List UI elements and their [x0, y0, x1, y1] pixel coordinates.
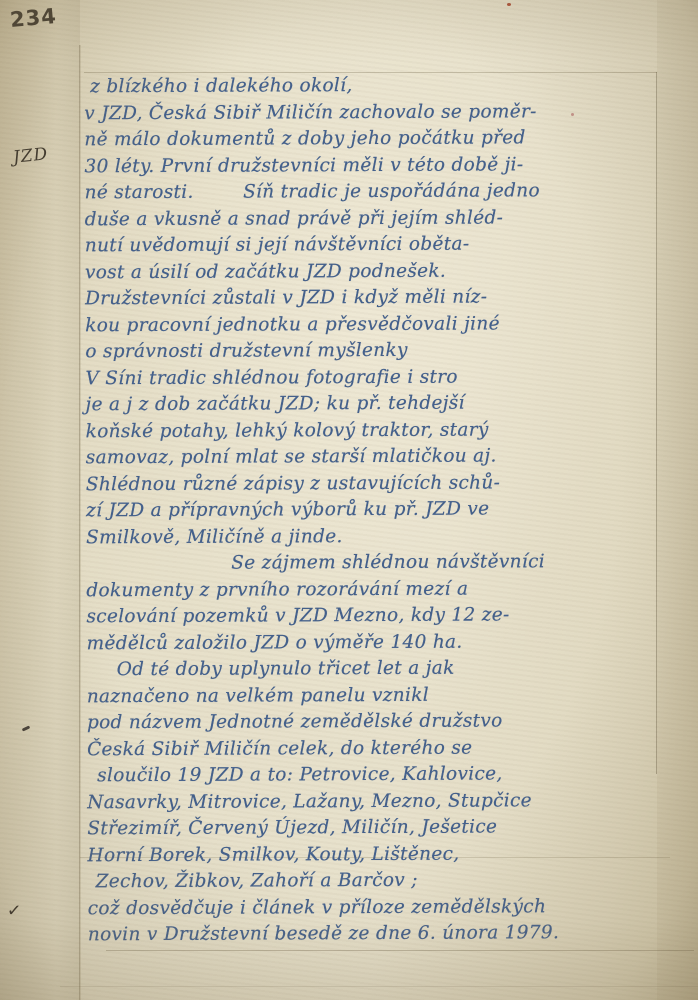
- faint-rule-line: [60, 986, 698, 987]
- manuscript-lines: z blízkého i dalekého okolí,v JZD, Česká…: [84, 72, 664, 949]
- text-line: né starosti. Síň tradic je uspořádána je…: [85, 178, 661, 207]
- text-line: V Síni tradic shlédnou fotografie i stro: [85, 363, 661, 392]
- pasted-sheet-bottom-edge: [106, 950, 694, 951]
- text-line: zí JZD a přípravných výborů ku př. JZD v…: [86, 496, 662, 525]
- text-line: v JZD, Česká Sibiř Miličín zachovalo se …: [84, 98, 660, 127]
- margin-note-jzd: JZD: [12, 144, 49, 168]
- text-line: Horní Borek, Smilkov, Kouty, Lištěnec,: [87, 840, 663, 869]
- text-line: Střezimíř, Červený Újezd, Miličín, Ješet…: [87, 814, 663, 843]
- paper-stain-speck: [507, 3, 511, 6]
- text-line: koňské potahy, lehký kolový traktor, sta…: [86, 416, 662, 445]
- text-line: Družstevníci zůstali v JZD i když měli n…: [85, 284, 661, 313]
- text-line: ně málo dokumentů z doby jeho počátku př…: [84, 125, 660, 154]
- text-line: samovaz, polní mlat se starší mlatičkou …: [86, 443, 662, 472]
- text-line: o správnosti družstevní myšlenky: [85, 337, 661, 366]
- text-line: kou pracovní jednotku a přesvědčovali ji…: [85, 310, 661, 339]
- text-line: pod názvem Jednotné zemědělské družstvo: [87, 708, 663, 737]
- text-line: z blízkého i dalekého okolí,: [84, 72, 660, 101]
- text-line: novin v Družstevní besedě ze dne 6. únor…: [88, 920, 664, 949]
- text-line: Nasavrky, Mitrovice, Lažany, Mezno, Stup…: [87, 787, 663, 816]
- text-line: mědělců založilo JZD o výměře 140 ha.: [87, 628, 663, 657]
- text-line: Od té doby uplynulo třicet let a jak: [87, 655, 663, 684]
- text-line: Zechov, Žibkov, Zahoří a Barčov ;: [88, 867, 664, 896]
- text-line: což dosvědčuje i článek v příloze zemědě…: [88, 893, 664, 922]
- text-line: sloučilo 19 JZD a to: Petrovice, Kahlovi…: [87, 761, 663, 790]
- text-line: dokumenty z prvního rozorávání mezí a: [86, 575, 662, 604]
- text-line: Shlédnou různé zápisy z ustavujících sch…: [86, 469, 662, 498]
- text-line: Smilkově, Miličíně a jinde.: [86, 522, 662, 551]
- text-line: vost a úsilí od začátku JZD podnešek.: [85, 257, 661, 286]
- text-line: naznačeno na velkém panelu vznikl: [87, 681, 663, 710]
- text-line: Se zájmem shlédnou návštěvníci: [86, 549, 662, 578]
- text-line: nutí uvědomují si její návštěvníci oběta…: [85, 231, 661, 260]
- text-line: Česká Sibiř Miličín celek, do kterého se: [87, 734, 663, 763]
- text-line: je a j z dob začátku JZD; ku př. tehdejš…: [85, 390, 661, 419]
- text-line: duše a vkusně a snad právě při jejím shl…: [85, 204, 661, 233]
- manuscript-text-block: z blízkého i dalekého okolí,v JZD, Česká…: [84, 72, 664, 949]
- page-number: 234: [9, 4, 58, 32]
- text-line: 30 léty. První družstevníci měli v této …: [84, 151, 660, 180]
- margin-checkmark: ✓: [6, 901, 22, 922]
- text-line: scelování pozemků v JZD Mezno, kdy 12 ze…: [86, 602, 662, 631]
